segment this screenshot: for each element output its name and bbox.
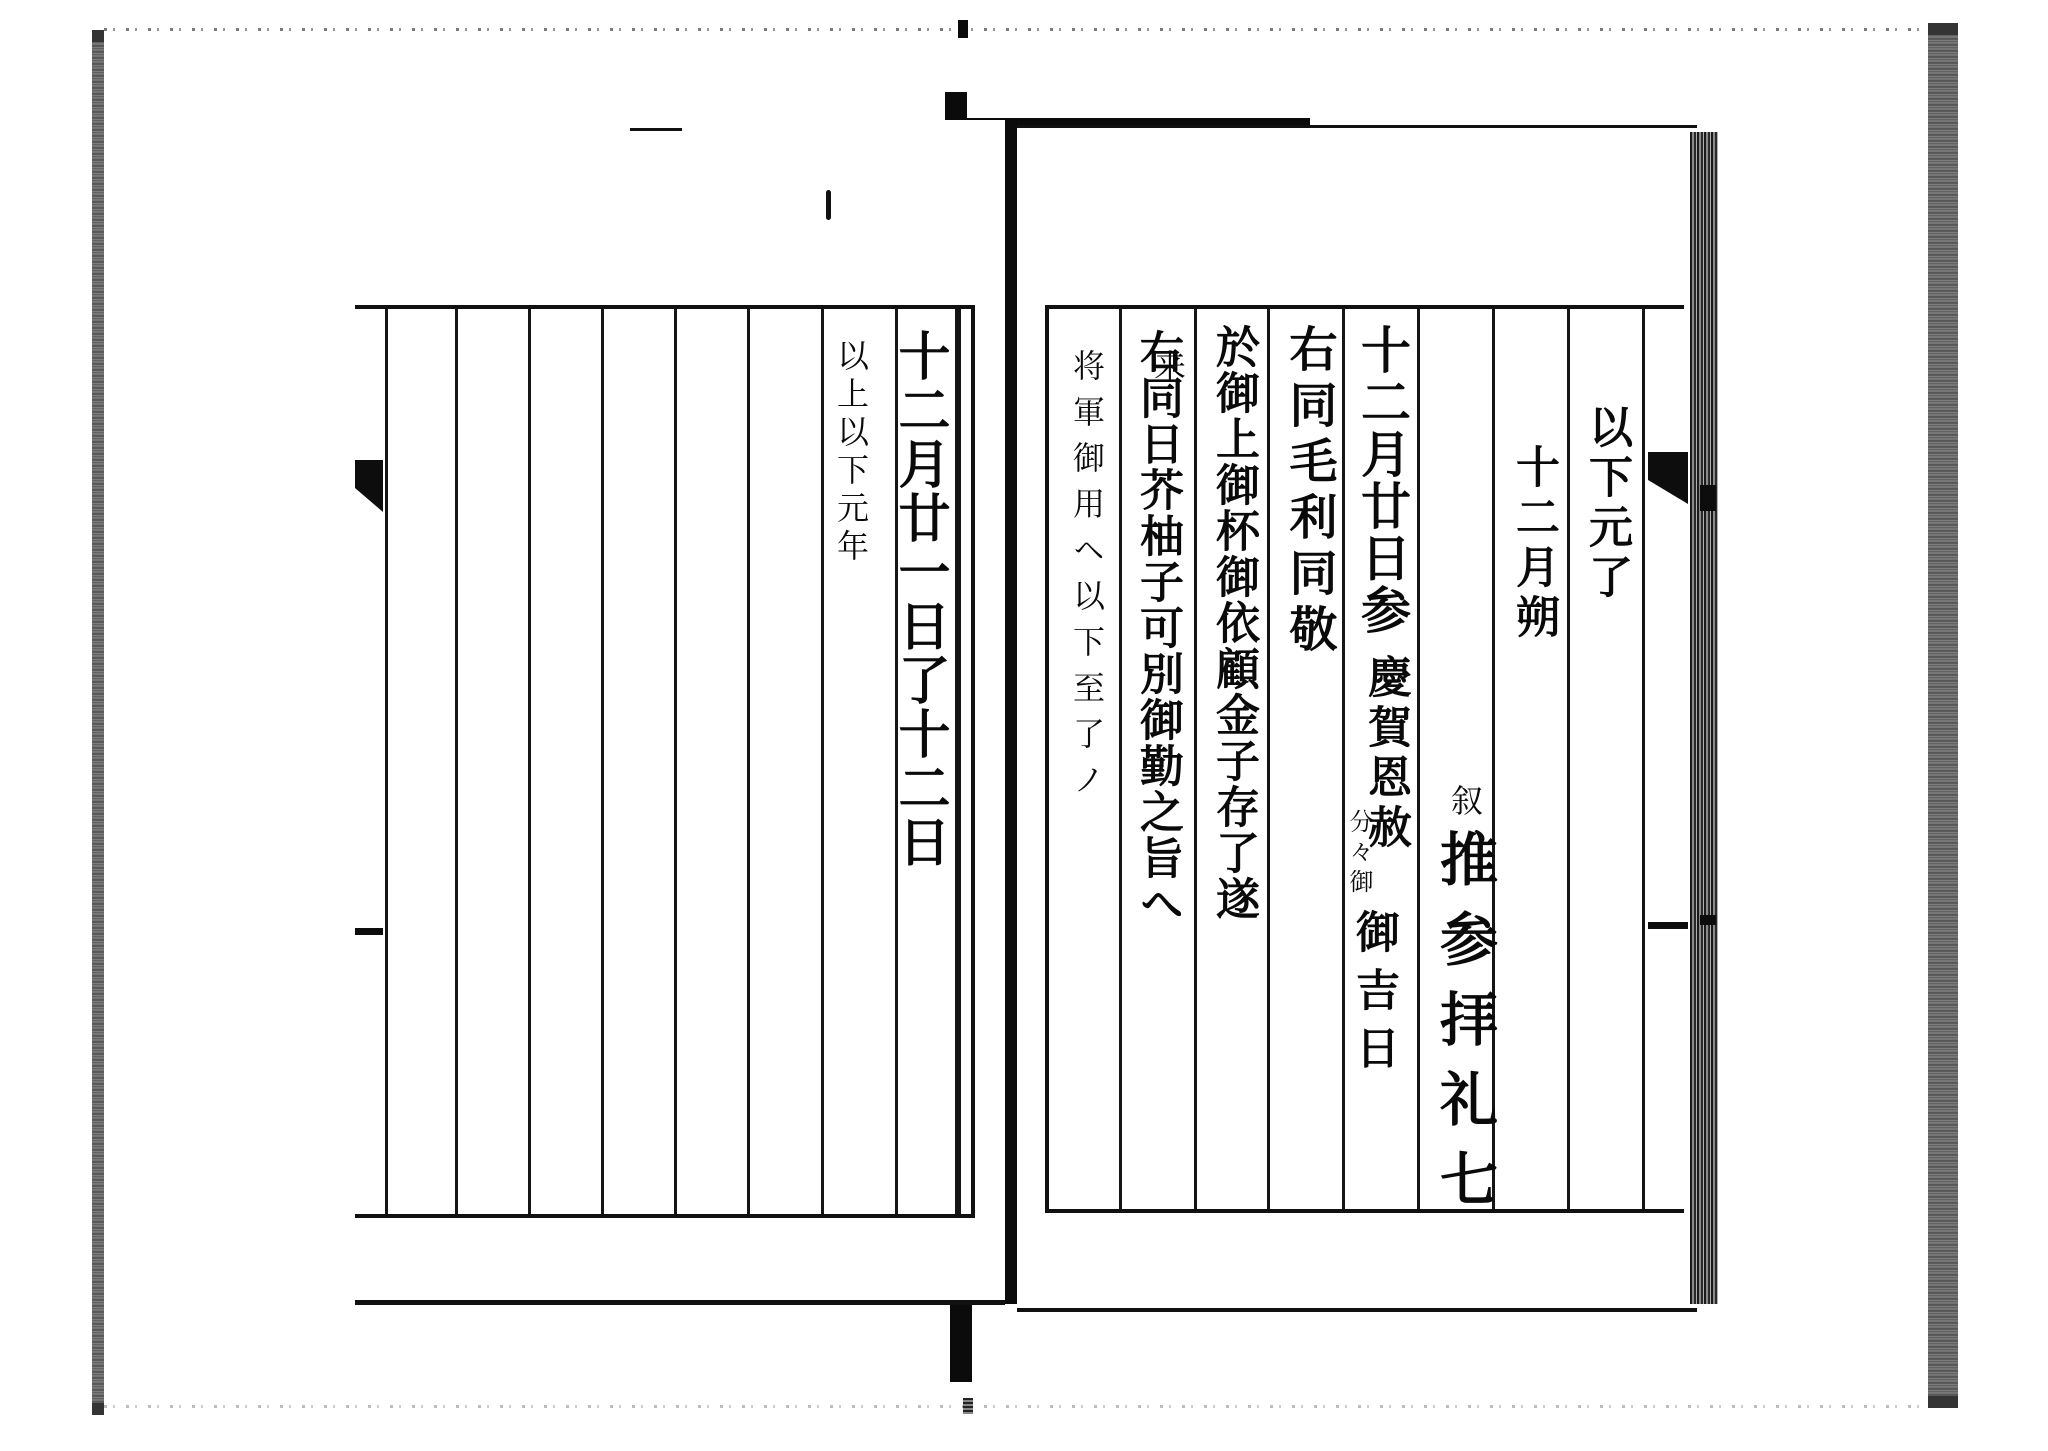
scan-dust-top bbox=[104, 28, 1928, 31]
spine-bottom-tab bbox=[950, 1300, 972, 1382]
right-col-9: 将軍御用ヘ以下至了ノ bbox=[1071, 349, 1103, 809]
left-page-frame: 以上以下元年 十二月廿一日了十二日 bbox=[355, 305, 975, 1218]
right-edge-marker-lower bbox=[1700, 915, 1716, 925]
right-page-edges bbox=[1690, 132, 1718, 1304]
right-rule-2 bbox=[1194, 309, 1197, 1209]
ink-mark-2 bbox=[630, 128, 682, 131]
right-rule-5 bbox=[1417, 309, 1420, 1209]
spine-top-tab bbox=[945, 92, 967, 122]
scan-dust-bottom bbox=[104, 1405, 1928, 1408]
scan-edge-right bbox=[1928, 23, 1958, 1408]
right-edge-marker-upper bbox=[1700, 485, 1716, 511]
left-rule-4 bbox=[601, 309, 604, 1214]
right-col-3: 推参拝礼七 bbox=[1435, 829, 1493, 1229]
right-page-frame: 以下元了 十二月朔 叙 推参拝礼七 十二月廿日参 慶賀恩赦 分々御 御吉日 右同… bbox=[1045, 305, 1684, 1213]
left-rule-5 bbox=[674, 309, 677, 1214]
left-rule-2 bbox=[455, 309, 458, 1214]
right-col-8: 右同日芥柚子可別御勤之旨へ bbox=[1135, 329, 1179, 927]
left-tab-lower bbox=[355, 928, 383, 935]
right-col-6: 於御上御杯御依顧金子存了遂 bbox=[1211, 324, 1255, 922]
right-col-3-annot: 叙 bbox=[1449, 784, 1481, 822]
left-tab-upper bbox=[355, 460, 383, 488]
right-rule-8 bbox=[1642, 309, 1645, 1209]
book-spine bbox=[1005, 122, 1017, 1302]
right-tab-lower bbox=[1648, 922, 1688, 929]
left-rule-7 bbox=[821, 309, 824, 1214]
right-col-5: 右同毛利同敬 bbox=[1285, 324, 1333, 660]
right-rule-4 bbox=[1342, 309, 1345, 1209]
right-col-4: 十二月廿日参 bbox=[1357, 324, 1407, 636]
ink-mark-1 bbox=[826, 190, 831, 220]
right-rule-1 bbox=[1119, 309, 1122, 1209]
right-rule-7 bbox=[1567, 309, 1570, 1209]
right-rule-3 bbox=[1267, 309, 1270, 1209]
scan-edge-left bbox=[92, 30, 104, 1415]
right-col-1: 以下元了 bbox=[1584, 404, 1628, 604]
left-rule-3 bbox=[528, 309, 531, 1214]
left-col-date: 十二月廿一日了十二日 bbox=[893, 329, 945, 869]
left-rule-9 bbox=[955, 309, 961, 1214]
right-tab-upper-bevel bbox=[1648, 480, 1688, 504]
left-rule-6 bbox=[747, 309, 750, 1214]
left-rule-1 bbox=[385, 309, 388, 1214]
right-tab-upper bbox=[1648, 452, 1688, 480]
left-tab-upper-bevel bbox=[355, 488, 383, 512]
left-col-note: 以上以下元年 bbox=[835, 339, 867, 567]
catalog-mark bbox=[963, 1398, 973, 1414]
right-col-4-sub: 分々御 bbox=[1347, 809, 1371, 899]
right-col-4c: 御吉日 bbox=[1351, 909, 1395, 1083]
right-col-2: 十二月朔 bbox=[1511, 444, 1555, 644]
spine-top-mark bbox=[958, 20, 968, 38]
